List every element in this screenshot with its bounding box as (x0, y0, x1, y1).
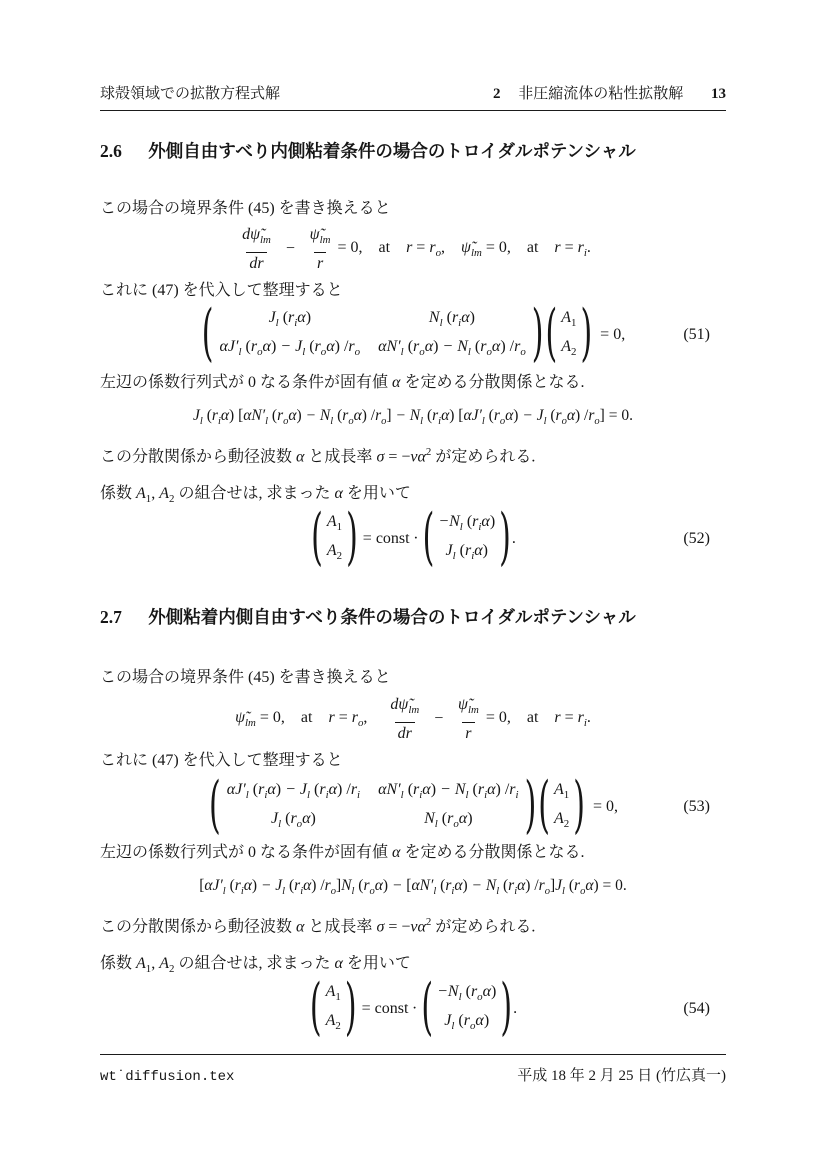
equation-52: ( A1 A2 ) = const · ( −Nl (riα) Jl (riα)… (100, 510, 726, 568)
vector-entry-1: A1 (554, 779, 569, 806)
left-paren: ( (538, 776, 550, 838)
fraction-denominator: dr (395, 722, 415, 743)
fraction-numerator: dψ̃lm (387, 695, 422, 721)
left-paren: ( (546, 304, 558, 366)
dispersion-relation-2-7: [αJ′l (riα) − Jl (riα) /ro]Nl (roα) − [α… (100, 870, 726, 904)
coefficient-vector: A1 A2 (551, 779, 572, 834)
paragraph-growth-rate: この分散関係から動径波数 α と成長率 σ = −να2 が定められる. (100, 911, 740, 938)
page-header: 球殻領域での拡散方程式解 2 非圧縮流体の粘性拡散解 13 (100, 84, 726, 111)
left-paren: ( (421, 978, 433, 1040)
section-title: 外側粘着内側自由すべり条件の場合のトロイダルポテンシャル (148, 607, 635, 627)
vector-entry-2: A2 (554, 808, 569, 835)
fraction-psi-r: ψ̃lm r (455, 695, 482, 742)
right-paren: ) (346, 508, 358, 570)
paragraph-determinant: 左辺の係数行列式が 0 なる条件が固有値 α を定める分散関係となる. (100, 841, 740, 864)
matrix-cell-22: Nl (roα) (424, 808, 472, 835)
equation-54: ( A1 A2 ) = const · ( −Nl (roα) Jl (roα)… (100, 980, 726, 1038)
equation-boundary-conditions-2-6: dψ̃lm dr − ψ̃lm r = 0, at r = ro, ψ̃lm =… (100, 222, 726, 276)
vector-entry-1: −Nl (riα) (438, 511, 495, 538)
fraction-denominator: dr (246, 252, 266, 273)
bc-post-text: = 0, at r = ro, ψ̃lm = 0, at r = ri. (337, 239, 590, 259)
fraction-numerator: ψ̃lm (307, 225, 334, 251)
section-number: 2.6 (100, 141, 122, 161)
matrix-cell-12: Nl (riα) (429, 307, 475, 334)
vector-entry-1: A1 (326, 981, 341, 1008)
right-paren: ) (499, 508, 511, 570)
paragraph-boundary-condition: この場合の境界条件 (45) を書き換えると (100, 197, 740, 220)
vector-entry-2: A2 (327, 540, 342, 567)
equation-rhs: = 0, (600, 326, 625, 344)
header-page-number: 13 (711, 86, 726, 102)
right-paren: ) (345, 978, 357, 1040)
period: . (513, 1000, 517, 1018)
running-head-left-title: 球殻領域での拡散方程式解 (100, 84, 280, 104)
coefficient-vector: A1 A2 (324, 511, 345, 566)
dispersion-expression: [αJ′l (riα) − Jl (riα) /ro]Nl (roα) − [α… (199, 877, 627, 897)
coefficient-vector: A1 A2 (558, 307, 579, 362)
vector-entry-2: A2 (561, 336, 576, 363)
left-paren: ( (423, 508, 435, 570)
left-paren: ( (311, 508, 323, 570)
right-paren: ) (573, 776, 585, 838)
right-paren: ) (580, 304, 592, 366)
section-heading-2-6: 2.6 外側自由すべり内側粘着条件の場合のトロイダルポテンシャル (100, 139, 740, 163)
section-title: 外側自由すべり内側粘着条件の場合のトロイダルポテンシャル (148, 141, 635, 161)
matrix-cell-21: αJ′l (roα) − Jl (roα) /ro (220, 336, 361, 363)
minus-operator: − (285, 240, 296, 258)
paragraph-substitute: これに (47) を代入して整理すると (100, 279, 740, 302)
right-paren: ) (532, 304, 544, 366)
dispersion-relation-2-6: Jl (riα) [αN′l (roα) − Nl (roα) /ro] − N… (100, 400, 726, 434)
equation-number-53: (53) (683, 798, 710, 816)
equation-51: ( Jl (riα) Nl (riα) αJ′l (roα) − Jl (roα… (100, 304, 726, 366)
matrix-cell-21: Jl (roα) (271, 808, 316, 835)
fraction-denominator: r (462, 722, 474, 743)
vector-entry-1: A1 (561, 307, 576, 334)
equation-number-51: (51) (683, 326, 710, 344)
matrix-cell-22: αN′l (roα) − Nl (roα) /ro (378, 336, 526, 363)
vector-entry-2: Jl (riα) (445, 540, 487, 567)
paragraph-growth-rate: この分散関係から動径波数 α と成長率 σ = −να2 が定められる. (100, 441, 740, 468)
section-heading-2-7: 2.7 外側粘着内側自由すべり条件の場合のトロイダルポテンシャル (100, 605, 740, 629)
bc-pre-text: ψ̃lm = 0, at r = ro, (235, 709, 383, 729)
left-paren: ( (209, 776, 221, 838)
header-section-number: 2 (493, 86, 501, 102)
coefficient-vector: A1 A2 (323, 981, 344, 1036)
fraction-numerator: ψ̃lm (455, 695, 482, 721)
minus-operator: − (433, 710, 444, 728)
result-vector: −Nl (riα) Jl (riα) (435, 511, 498, 566)
footer-filename: wt˙diffusion.tex (100, 1069, 234, 1085)
coefficient-matrix: Jl (riα) Nl (riα) αJ′l (roα) − Jl (roα) … (215, 307, 531, 362)
equation-rhs: = 0, (593, 798, 618, 816)
equation-53: ( αJ′l (riα) − Jl (riα) /ri αN′l (riα) −… (100, 776, 726, 838)
fraction-denominator: r (314, 252, 326, 273)
page-footer: wt˙diffusion.tex 平成 18 年 2 月 25 日 (竹広真一) (100, 1054, 726, 1085)
fraction-dpsi-dr: dψ̃lm dr (239, 225, 274, 272)
equation-boundary-conditions-2-7: ψ̃lm = 0, at r = ro, dψ̃lm dr − ψ̃lm r =… (100, 692, 726, 746)
equation-number-52: (52) (683, 530, 710, 548)
result-vector: −Nl (roα) Jl (roα) (434, 981, 499, 1036)
vector-entry-2: A2 (326, 1010, 341, 1037)
footer-date-author: 平成 18 年 2 月 25 日 (竹広真一) (517, 1064, 726, 1085)
paragraph-determinant: 左辺の係数行列式が 0 なる条件が固有値 α を定める分散関係となる. (100, 371, 740, 394)
vector-entry-1: −Nl (roα) (437, 981, 496, 1008)
fraction-psi-r: ψ̃lm r (307, 225, 334, 272)
document-page: 球殻領域での拡散方程式解 2 非圧縮流体の粘性拡散解 13 2.6 外側自由すべ… (0, 0, 826, 1169)
paragraph-coefficients: 係数 A1, A2 の組合せは, 求まった α を用いて (100, 482, 740, 511)
equation-number-54: (54) (683, 1000, 710, 1018)
fraction-dpsi-dr: dψ̃lm dr (387, 695, 422, 742)
dispersion-expression: Jl (riα) [αN′l (roα) − Nl (roα) /ro] − N… (193, 407, 633, 427)
right-paren: ) (525, 776, 537, 838)
left-paren: ( (202, 304, 214, 366)
vector-entry-1: A1 (327, 511, 342, 538)
paragraph-boundary-condition: この場合の境界条件 (45) を書き換えると (100, 666, 740, 689)
paragraph-coefficients: 係数 A1, A2 の組合せは, 求まった α を用いて (100, 952, 740, 981)
equals-const: = const · (359, 530, 422, 548)
right-paren: ) (500, 978, 512, 1040)
fraction-numerator: dψ̃lm (239, 225, 274, 251)
period: . (512, 530, 516, 548)
left-paren: ( (310, 978, 322, 1040)
coefficient-matrix: αJ′l (riα) − Jl (riα) /ri αN′l (riα) − N… (222, 779, 524, 834)
matrix-cell-11: αJ′l (riα) − Jl (riα) /ri (227, 779, 360, 806)
running-head-right: 2 非圧縮流体の粘性拡散解 13 (493, 84, 726, 104)
section-number: 2.7 (100, 607, 122, 627)
equals-const: = const · (358, 1000, 421, 1018)
header-section-title: 非圧縮流体の粘性拡散解 (518, 85, 683, 102)
vector-entry-2: Jl (roα) (444, 1010, 489, 1037)
paragraph-substitute: これに (47) を代入して整理すると (100, 749, 740, 772)
bc-post-text: = 0, at r = ri. (486, 709, 591, 729)
matrix-cell-11: Jl (riα) (269, 307, 311, 334)
matrix-cell-12: αN′l (riα) − Nl (riα) /ri (378, 779, 518, 806)
